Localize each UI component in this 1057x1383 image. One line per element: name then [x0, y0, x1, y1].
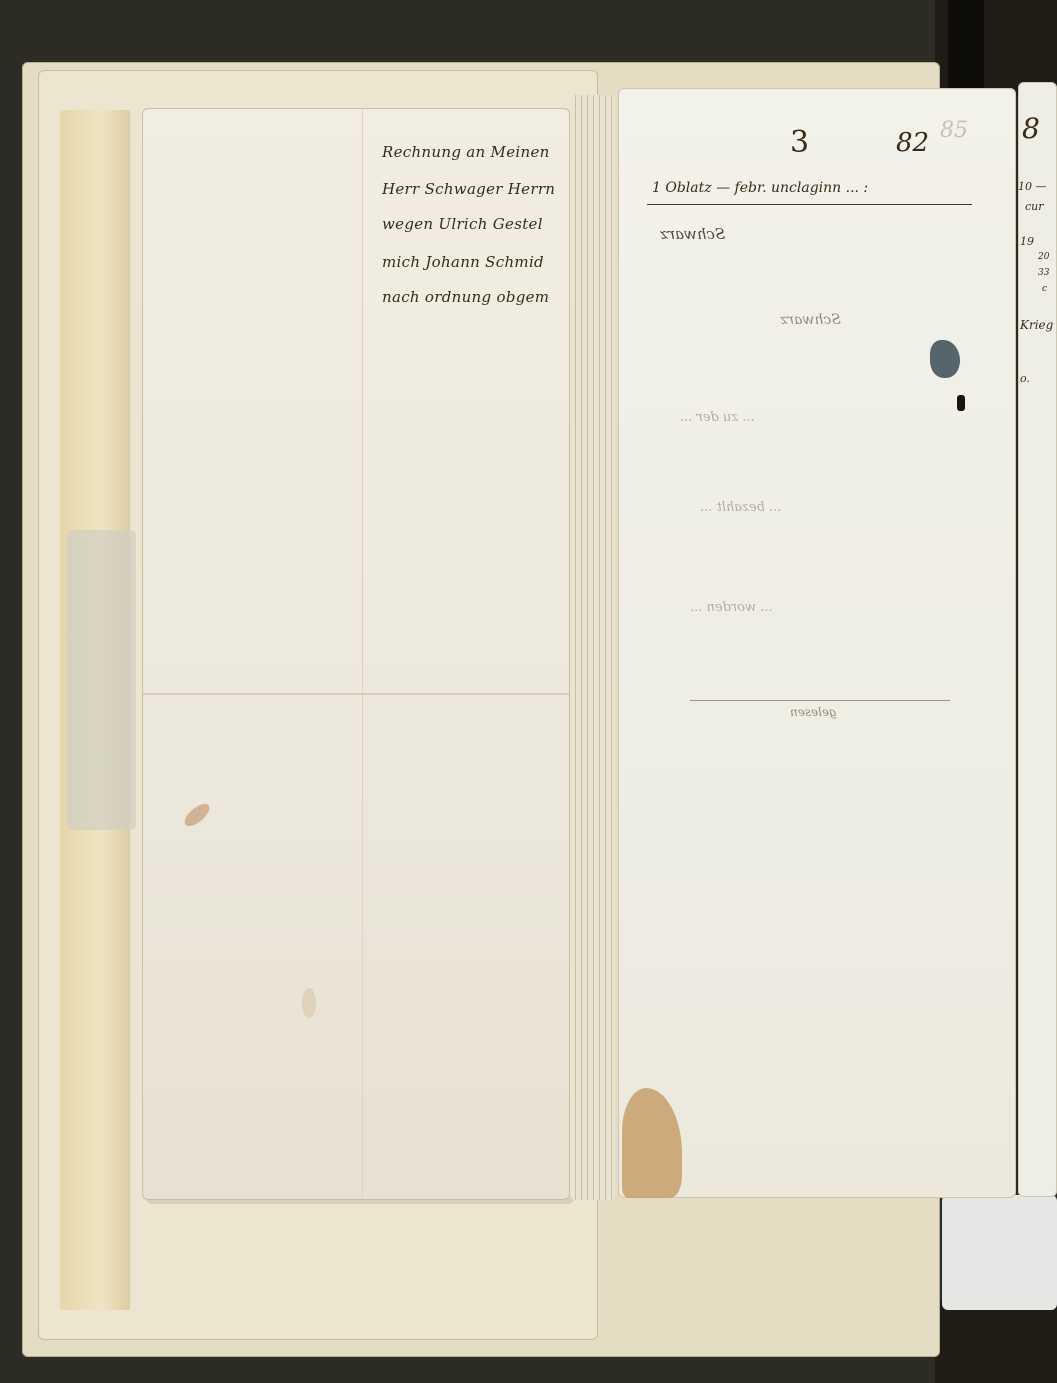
show-through-line-3: ... zu der ... [680, 410, 755, 425]
page-stack-edges [570, 95, 615, 1200]
water-stain [622, 1088, 682, 1198]
show-through-line-5: ... worden ... [690, 600, 773, 615]
show-through-line-2: Schwarz [780, 312, 841, 328]
heading-line-5: nach ordnung obgem [382, 288, 549, 306]
margin-entry-5: 33 [1038, 268, 1049, 278]
binding-gap [948, 0, 984, 90]
faint-page-number: 85 [940, 118, 968, 143]
black-ink-blot [957, 395, 965, 411]
header-underline [647, 204, 972, 205]
far-right-page [1018, 82, 1057, 1197]
margin-entry-7: Krieg [1020, 318, 1053, 332]
left-page [142, 108, 570, 1200]
foxing-stain [302, 988, 316, 1018]
margin-entry-8: o. [1020, 372, 1030, 385]
margin-entry-2: cur [1025, 200, 1044, 213]
heading-line-1: Rechnung an Meinen [382, 143, 550, 161]
closing-mark: gelesen [790, 705, 837, 719]
margin-entry-3: 19 [1020, 235, 1034, 248]
binding-spine-bottom [935, 1300, 1057, 1383]
cloth-tab [942, 1195, 1057, 1310]
burn-hole [181, 800, 213, 830]
show-through-line-4: ... bezahlt ... [700, 500, 781, 515]
heading-line-3: wegen Ulrich Gestel [382, 215, 543, 233]
heading-line-2: Herr Schwager Herrn [382, 180, 555, 198]
discolored-band [66, 530, 136, 830]
show-through-line-1: Schwarz [660, 225, 725, 243]
vertical-fold [362, 108, 363, 1200]
margin-entry-4: 20 [1038, 252, 1049, 262]
far-right-page-number: 8 [1022, 112, 1040, 145]
right-page [618, 88, 1016, 1198]
folio-mark: 3 [790, 125, 809, 160]
horizontal-fold [142, 693, 570, 695]
heading-line-4: mich Johann Schmid [382, 253, 544, 271]
blue-ink-blot [930, 340, 960, 378]
page-number: 82 [896, 128, 929, 158]
margin-entry-1: 10 — [1018, 180, 1047, 193]
header-entry: 1 Oblatz — febr. unclaginn ... : [652, 180, 868, 196]
margin-entry-6: c [1042, 284, 1047, 294]
dotted-rule [690, 700, 950, 701]
